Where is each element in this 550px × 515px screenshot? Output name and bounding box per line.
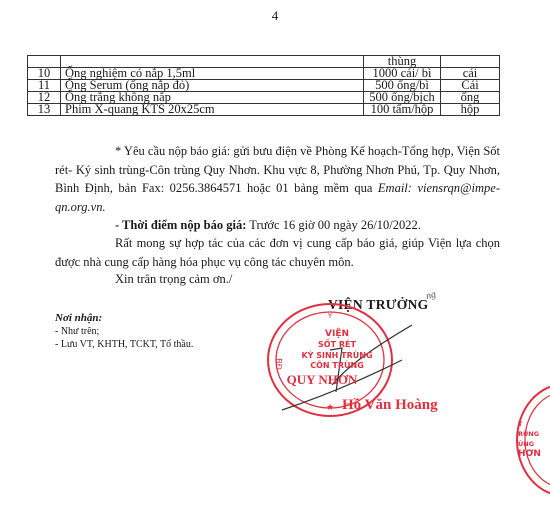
- thanks-text: Xin trân trọng cảm ơn./: [55, 270, 500, 289]
- side-stamp-line: RÙNG: [518, 430, 539, 438]
- initials: ng: [425, 289, 438, 302]
- items-table: thùng10Ống nghiệm có nắp 1,5ml1000 cái/ …: [27, 55, 500, 116]
- deadline-value: Trước 16 giờ 00 ngày 26/10/2022.: [246, 218, 421, 232]
- thanks-text-content: Xin trân trọng cảm ơn./: [115, 272, 232, 286]
- page-number: 4: [0, 8, 550, 24]
- stamp-line: SỐT RÉT: [262, 340, 412, 349]
- stamp-line: KÝ SINH TRÙNG: [262, 351, 412, 360]
- cooperation-text-content: Rất mong sự hợp tác của các đơn vị cung …: [55, 236, 500, 269]
- side-stamp-line: T: [518, 420, 522, 428]
- recipient-item: - Lưu VT, KHTH, TCKT, Tổ thầu.: [55, 338, 193, 351]
- table-row: 13Phim X-quang KTS 20x25cm100 tấm/hộphộp: [28, 104, 500, 116]
- recipients: Nơi nhận: - Như trên; - Lưu VT, KHTH, TC…: [55, 312, 193, 351]
- signer-name: Hồ Văn Hoàng: [342, 397, 438, 414]
- submission-request: * Yêu cầu nộp báo giá: gửi bưu điện về P…: [55, 142, 500, 216]
- svg-text:★: ★: [326, 403, 334, 413]
- recipients-title: Nơi nhận:: [55, 312, 193, 325]
- stamp-line: VIỆN: [262, 329, 412, 339]
- stamp-line: CÔN TRÙNG: [262, 361, 412, 370]
- email-label: Email:: [378, 181, 412, 195]
- deadline-label: - Thời điểm nộp báo giá:: [115, 218, 246, 232]
- recipient-item: - Như trên;: [55, 325, 193, 338]
- item-packaging: 100 tấm/hộp: [364, 104, 441, 116]
- side-stamp-line: ÙNG: [518, 440, 534, 448]
- svg-text:Y: Y: [327, 312, 333, 320]
- stamp-line: QUY NHƠN: [262, 372, 382, 388]
- deadline: - Thời điểm nộp báo giá: Trước 16 giờ 00…: [55, 216, 500, 235]
- side-stamp-line: HƠN: [518, 450, 541, 458]
- item-name: Phim X-quang KTS 20x25cm: [61, 104, 364, 116]
- cooperation-text: Rất mong sự hợp tác của các đơn vị cung …: [55, 234, 500, 271]
- row-number: 13: [28, 104, 61, 116]
- item-unit: hộp: [441, 104, 500, 116]
